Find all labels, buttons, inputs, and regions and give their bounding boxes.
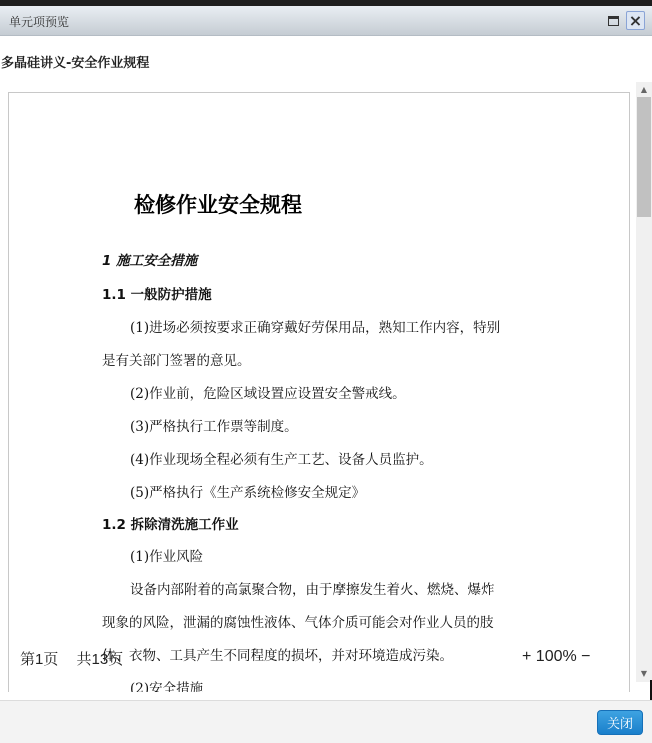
paragraph-line: (4)作业现场全程必须有生产工艺、设备人员监护。	[130, 448, 433, 468]
subsection-heading: 1.1 一般防护措施	[102, 283, 212, 303]
vertical-scrollbar[interactable]: ▲ ▼	[636, 82, 652, 682]
zoom-control: + 100% −	[522, 648, 591, 666]
close-window-button[interactable]: ×	[626, 11, 645, 30]
paragraph-line: 现象的风险，泄漏的腐蚀性液体、气体介质可能会对作业人员的肢	[102, 611, 494, 631]
document-name: 多晶硅讲义-安全作业规程	[1, 52, 149, 71]
scroll-up-arrow-icon[interactable]: ▲	[636, 82, 652, 96]
paragraph-line: (3)严格执行工作票等制度。	[130, 415, 298, 435]
document-page: 检修作业安全规程 1 施工安全措施 1.1 一般防护措施 (1)进场必须按要求正…	[8, 92, 630, 692]
zoom-level: 100%	[536, 648, 577, 665]
dialog-footer: 关闭	[0, 700, 652, 743]
maximize-icon	[608, 16, 619, 26]
document-heading: 检修作业安全规程	[134, 189, 302, 219]
dialog-titlebar[interactable]: 单元项预览 ×	[0, 6, 652, 36]
total-pages: 共13页	[77, 651, 124, 668]
paragraph-line: 体、衣物、工具产生不同程度的损坏，并对环境造成污染。	[102, 644, 453, 664]
paragraph-line: 设备内部附着的高氯聚合物，由于摩擦发生着火、燃烧、爆炸	[130, 578, 495, 598]
paragraph-line: (2)作业前，危险区域设置应设置安全警戒线。	[130, 382, 406, 402]
paragraph-line: 是有关部门签署的意见。	[102, 349, 251, 369]
close-button[interactable]: 关闭	[597, 710, 643, 735]
subsection-heading: 1.2 拆除清洗施工作业	[102, 513, 239, 533]
current-page: 第1页	[20, 651, 58, 668]
paragraph-line: (1)进场必须按要求正确穿戴好劳保用品，熟知工作内容，特别	[130, 316, 500, 336]
zoom-out-button[interactable]: −	[581, 648, 590, 665]
paragraph-line: (1)作业风险	[130, 545, 203, 565]
dialog-title: 单元项预览	[9, 13, 69, 30]
paragraph-line: (2)安全措施	[130, 677, 203, 692]
document-viewer[interactable]: 检修作业安全规程 1 施工安全措施 1.1 一般防护措施 (1)进场必须按要求正…	[0, 82, 652, 682]
section-heading: 1 施工安全措施	[102, 249, 197, 269]
page-indicator: 第1页 共13页	[20, 648, 137, 669]
close-icon: ×	[629, 13, 642, 29]
scroll-thumb[interactable]	[637, 97, 651, 217]
maximize-button[interactable]	[604, 11, 623, 30]
paragraph-line: (5)严格执行《生产系统检修安全规定》	[130, 481, 365, 501]
scroll-down-arrow-icon[interactable]: ▼	[636, 666, 652, 680]
zoom-in-button[interactable]: +	[522, 648, 531, 665]
